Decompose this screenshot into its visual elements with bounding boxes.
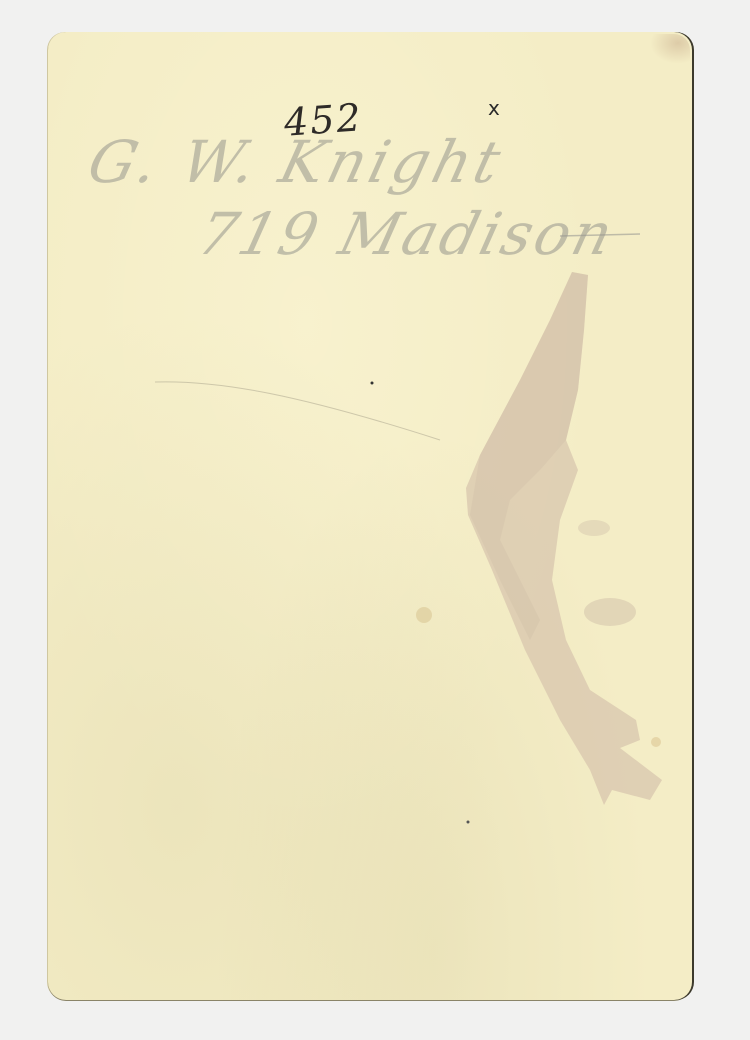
pencil-address-inscription: 719 Madison: [192, 200, 623, 268]
ink-catalog-number: 452: [283, 95, 364, 144]
ink-x-mark: x: [488, 96, 500, 120]
corner-wear: [650, 34, 690, 64]
